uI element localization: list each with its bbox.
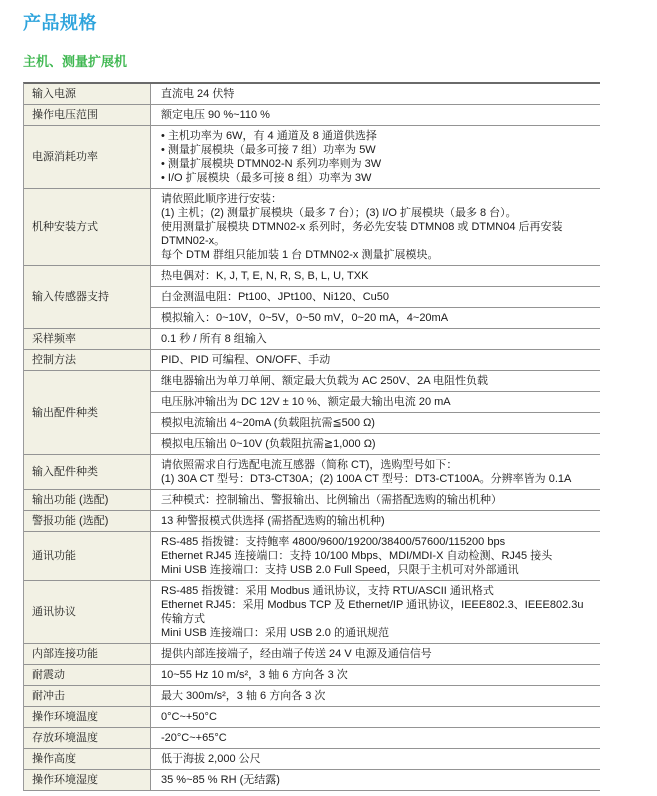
table-row: 控制方法 PID、PID 可编程、ON/OFF、手动	[24, 350, 600, 371]
spec-table: 输入电源 直流电 24 伏特 操作电压范围 额定电压 90 %~110 % 电源…	[23, 82, 600, 791]
row-value: 热电偶对：K, J, T, E, N, R, S, B, L, U, TXK 白…	[151, 266, 600, 328]
page-title: 产品规格	[23, 9, 657, 35]
row-value: • 主机功率为 6W，有 4 通道及 8 通道供选择 • 测量扩展模块（最多可接…	[151, 126, 600, 188]
row-label: 机种安装方式	[24, 189, 151, 265]
table-row: 输入传感器支持 热电偶对：K, J, T, E, N, R, S, B, L, …	[24, 266, 600, 329]
row-label: 采样频率	[24, 329, 151, 349]
row-label: 耐冲击	[24, 686, 151, 706]
row-label: 控制方法	[24, 350, 151, 370]
row-value: 提供内部连接端子，经由端子传送 24 V 电源及通信信号	[151, 644, 600, 664]
table-row: 操作环境温度 0°C~+50°C	[24, 707, 600, 728]
value-line: 0.1 秒 / 所有 8 组输入	[161, 332, 592, 346]
row-value: 0°C~+50°C	[151, 707, 600, 727]
row-label: 输出配件种类	[24, 371, 151, 454]
row-label: 耐震动	[24, 665, 151, 685]
row-label: 输出功能 (选配)	[24, 490, 151, 510]
row-label: 内部连接功能	[24, 644, 151, 664]
value-subcell: 模拟输入：0~10V，0~5V，0~50 mV，0~20 mA，4~20mA	[151, 308, 600, 328]
table-row: 操作高度 低于海拔 2,000 公尺	[24, 749, 600, 770]
row-label: 输入配件种类	[24, 455, 151, 489]
value-subcell: 电压脉冲输出为 DC 12V ± 10 %、额定最大输出电流 20 mA	[151, 392, 600, 413]
row-label: 操作电压范围	[24, 105, 151, 125]
table-row: 通讯功能 RS-485 指拨键：支持鲍率 4800/9600/19200/384…	[24, 532, 600, 581]
value-line: 10~55 Hz 10 m/s²，3 轴 6 方向各 3 次	[161, 668, 592, 682]
value-line: 35 %~85 % RH (无结露)	[161, 773, 592, 787]
value-subcell: 模拟电压输出 0~10V (负载阻抗需≧1,000 Ω)	[151, 434, 600, 454]
row-value: PID、PID 可编程、ON/OFF、手动	[151, 350, 600, 370]
page-subtitle: 主机、测量扩展机	[23, 51, 657, 70]
table-row: 存放环境温度 -20°C~+65°C	[24, 728, 600, 749]
value-line: 0°C~+50°C	[161, 710, 592, 724]
row-value: 10~55 Hz 10 m/s²，3 轴 6 方向各 3 次	[151, 665, 600, 685]
value-line: 最大 300m/s²，3 轴 6 方向各 3 次	[161, 689, 592, 703]
value-line: 低于海拔 2,000 公尺	[161, 752, 592, 766]
row-value: RS-485 指拨键：采用 Modbus 通讯协议，支持 RTU/ASCII 通…	[151, 581, 600, 643]
row-label: 操作环境湿度	[24, 770, 151, 790]
table-row: 操作电压范围 额定电压 90 %~110 %	[24, 105, 600, 126]
row-value: 最大 300m/s²，3 轴 6 方向各 3 次	[151, 686, 600, 706]
value-subcell: 继电器输出为单刀单闸、额定最大负载为 AC 250V、2A 电阻性负载	[151, 371, 600, 392]
table-row: 输出配件种类 继电器输出为单刀单闸、额定最大负载为 AC 250V、2A 电阻性…	[24, 371, 600, 455]
table-row: 警报功能 (选配) 13 种警报模式供选择 (需搭配选购的输出机种)	[24, 511, 600, 532]
row-label: 通讯功能	[24, 532, 151, 580]
row-value: 请依照需求自行选配电流互感器（简称 CT)，选购型号如下： (1) 30A CT…	[151, 455, 600, 489]
value-line: Mini USB 连接端口：采用 USB 2.0 的通讯规范	[161, 626, 592, 640]
table-row: 输出功能 (选配) 三种模式：控制输出、警报输出、比例输出（需搭配选购的输出机种…	[24, 490, 600, 511]
table-row: 内部连接功能 提供内部连接端子，经由端子传送 24 V 电源及通信信号	[24, 644, 600, 665]
row-label: 输入传感器支持	[24, 266, 151, 328]
row-label: 输入电源	[24, 84, 151, 104]
page: 产品规格 主机、测量扩展机 输入电源 直流电 24 伏特 操作电压范围 额定电压…	[0, 0, 657, 791]
value-line: • 测量扩展模块 DTMN02-N 系列功率则为 3W	[161, 157, 592, 171]
value-line: • 主机功率为 6W，有 4 通道及 8 通道供选择	[161, 129, 592, 143]
table-row: 机种安装方式 请依照此顺序进行安装： (1) 主机；(2) 测量扩展模块（最多 …	[24, 189, 600, 266]
table-row: 电源消耗功率 • 主机功率为 6W，有 4 通道及 8 通道供选择 • 测量扩展…	[24, 126, 600, 189]
row-value: 35 %~85 % RH (无结露)	[151, 770, 600, 790]
row-value: 请依照此顺序进行安装： (1) 主机；(2) 测量扩展模块（最多 7 台）；(3…	[151, 189, 600, 265]
row-label: 电源消耗功率	[24, 126, 151, 188]
table-row: 耐震动 10~55 Hz 10 m/s²，3 轴 6 方向各 3 次	[24, 665, 600, 686]
value-line: 13 种警报模式供选择 (需搭配选购的输出机种)	[161, 514, 592, 528]
row-value: RS-485 指拨键：支持鲍率 4800/9600/19200/38400/57…	[151, 532, 600, 580]
row-value: 三种模式：控制输出、警报输出、比例输出（需搭配选购的输出机种）	[151, 490, 600, 510]
row-label: 操作环境温度	[24, 707, 151, 727]
row-value: 0.1 秒 / 所有 8 组输入	[151, 329, 600, 349]
row-label: 通讯协议	[24, 581, 151, 643]
row-value: 直流电 24 伏特	[151, 84, 600, 104]
value-line: (1) 主机；(2) 测量扩展模块（最多 7 台）；(3) I/O 扩展模块（最…	[161, 206, 592, 220]
value-line: 请依照需求自行选配电流互感器（简称 CT)，选购型号如下：	[161, 458, 592, 472]
value-line: 每个 DTM 群组只能加装 1 台 DTMN02-x 测量扩展模块。	[161, 248, 592, 262]
value-line: -20°C~+65°C	[161, 731, 592, 745]
row-label: 警报功能 (选配)	[24, 511, 151, 531]
value-line: • 测量扩展模块（最多可接 7 组）功率为 5W	[161, 143, 592, 157]
row-label: 存放环境温度	[24, 728, 151, 748]
table-row: 操作环境湿度 35 %~85 % RH (无结露)	[24, 770, 600, 791]
value-line: Ethernet RJ45 连接端口：支持 10/100 Mbps、MDI/MD…	[161, 549, 592, 563]
value-line: 提供内部连接端子，经由端子传送 24 V 电源及通信信号	[161, 647, 592, 661]
value-line: (1) 30A CT 型号：DT3-CT30A；(2) 100A CT 型号：D…	[161, 472, 592, 486]
table-row: 耐冲击 最大 300m/s²，3 轴 6 方向各 3 次	[24, 686, 600, 707]
row-value: 低于海拔 2,000 公尺	[151, 749, 600, 769]
value-subcell: 热电偶对：K, J, T, E, N, R, S, B, L, U, TXK	[151, 266, 600, 287]
value-subcell: 模拟电流输出 4~20mA (负载阻抗需≦500 Ω)	[151, 413, 600, 434]
value-line: 使用测量扩展模块 DTMN02-x 系列时，务必先安装 DTMN08 或 DTM…	[161, 220, 592, 248]
value-subcell: 白金测温电阻：Pt100、JPt100、Ni120、Cu50	[151, 287, 600, 308]
row-value: 继电器输出为单刀单闸、额定最大负载为 AC 250V、2A 电阻性负载 电压脉冲…	[151, 371, 600, 454]
value-line: RS-485 指拨键：采用 Modbus 通讯协议，支持 RTU/ASCII 通…	[161, 584, 592, 598]
row-label: 操作高度	[24, 749, 151, 769]
value-line: Ethernet RJ45：采用 Modbus TCP 及 Ethernet/I…	[161, 598, 592, 626]
value-line: 额定电压 90 %~110 %	[161, 108, 592, 122]
value-line: Mini USB 连接端口：支持 USB 2.0 Full Speed，只限于主…	[161, 563, 592, 577]
value-line: 直流电 24 伏特	[161, 87, 592, 101]
table-row: 通讯协议 RS-485 指拨键：采用 Modbus 通讯协议，支持 RTU/AS…	[24, 581, 600, 644]
value-line: PID、PID 可编程、ON/OFF、手动	[161, 353, 592, 367]
table-row: 采样频率 0.1 秒 / 所有 8 组输入	[24, 329, 600, 350]
row-value: 13 种警报模式供选择 (需搭配选购的输出机种)	[151, 511, 600, 531]
value-line: RS-485 指拨键：支持鲍率 4800/9600/19200/38400/57…	[161, 535, 592, 549]
value-line: 请依照此顺序进行安装：	[161, 192, 592, 206]
row-value: -20°C~+65°C	[151, 728, 600, 748]
value-line: • I/O 扩展模块（最多可接 8 组）功率为 3W	[161, 171, 592, 185]
value-line: 三种模式：控制输出、警报输出、比例输出（需搭配选购的输出机种）	[161, 493, 592, 507]
table-row: 输入配件种类 请依照需求自行选配电流互感器（简称 CT)，选购型号如下： (1)…	[24, 455, 600, 490]
table-row: 输入电源 直流电 24 伏特	[24, 84, 600, 105]
row-value: 额定电压 90 %~110 %	[151, 105, 600, 125]
